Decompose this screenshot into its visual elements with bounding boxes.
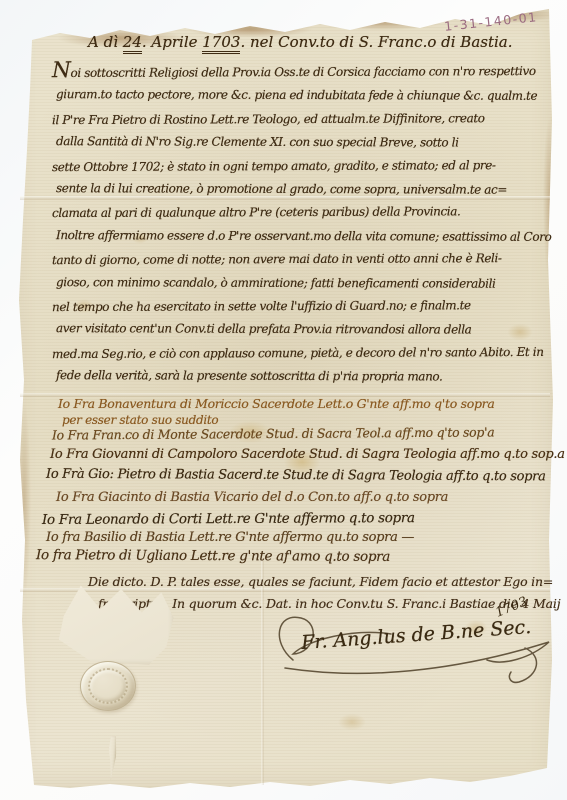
manuscript-line: sette Ottobre 1702; è stato in ogni temp… bbox=[52, 154, 551, 180]
body-text: Noi sottoscritti Religiosi della Prov.ia… bbox=[52, 61, 551, 389]
manuscript-line: nel tempo che ha esercitato in sette vol… bbox=[52, 294, 551, 320]
signature-line: Io Fra Giovanni di Campoloro Sacerdote S… bbox=[50, 447, 565, 462]
embossed-seal bbox=[80, 661, 136, 711]
signature-line: Io Fra Giacinto di Bastia Vicario del d.… bbox=[56, 490, 448, 505]
heading-dateline: A dì 24. Aprile 1703. nel Conv.to di S. … bbox=[88, 33, 513, 51]
manuscript-line: Inoltre affermiamo essere d.o P're osser… bbox=[56, 224, 551, 249]
manuscript-line: aver visitato cent'un Conv.ti della pref… bbox=[56, 318, 551, 343]
attestation-line: Die dicto. D. P. tales esse, quales se f… bbox=[88, 574, 553, 589]
heading-mid: . Aprile bbox=[142, 33, 202, 51]
manuscript-line: Noi sottoscritti Religiosi della Prov.ia… bbox=[52, 60, 551, 86]
embossed-seal-inner-ring bbox=[88, 668, 128, 704]
signature-line: Io fra Basilio di Bastia Lett.re G'nte a… bbox=[46, 530, 414, 545]
heading-year: 1703 bbox=[202, 33, 240, 54]
signature-line: Io Fra Bonaventura di Moriccio Sacerdote… bbox=[58, 396, 495, 411]
heading-prefix: A dì bbox=[88, 33, 123, 51]
manuscript-line: tanto di giorno, come di notte; non aver… bbox=[52, 247, 551, 273]
signature-line: Io Fra Leonardo di Corti Lett.re G'nte a… bbox=[42, 510, 415, 528]
signature-line: Io Fra Fran.co di Monte Sacerdote Stud. … bbox=[52, 424, 494, 442]
manuscript-line: giuram.to tacto pectore, more &c. piena … bbox=[56, 84, 551, 109]
manuscript-line: clamata al pari di qualunque altro P're … bbox=[52, 200, 551, 226]
closing-signature: Fr. Ang.lus de B.ne Sec. 1703 bbox=[263, 598, 563, 688]
signature-line: Io fra Pietro di Ugliano Lett.re g'nte a… bbox=[36, 547, 390, 565]
signature-line: Io Frà Gio: Pietro di Bastia Sacerd.te S… bbox=[46, 467, 546, 485]
heading-day: 24 bbox=[123, 33, 142, 54]
manuscript-line: il P're Fra Pietro di Rostino Lett.re Te… bbox=[52, 107, 551, 133]
manuscript-line: sente la di lui creatione, ò promotione … bbox=[56, 177, 551, 202]
manuscript-line: med.ma Seg.rio, e ciò con applauso comun… bbox=[52, 341, 551, 367]
manuscript-line: gioso, con minimo scandalo, ò ammiration… bbox=[56, 271, 551, 296]
signature-line: per esser stato suo suddito bbox=[62, 413, 218, 427]
heading-suffix: . nel Conv.to di S. Franc.o di Bastia. bbox=[240, 33, 512, 51]
manuscript-line: dalla Santità di N'ro Sig.re Clemente XI… bbox=[56, 130, 551, 155]
manuscript-line: fede della verità, sarà la presente sott… bbox=[56, 364, 551, 389]
scan-background: 1-31-140-01 A dì 24. Aprile 1703. nel Co… bbox=[0, 0, 567, 800]
